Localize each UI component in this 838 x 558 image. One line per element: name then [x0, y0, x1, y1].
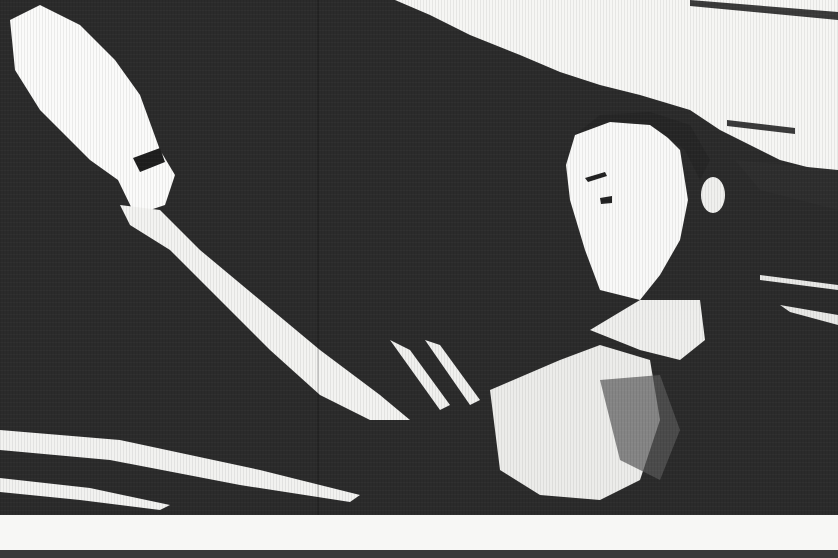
paper-margin — [0, 515, 838, 550]
photo-artwork — [0, 0, 838, 515]
newspaper-photograph — [0, 0, 838, 515]
ear — [701, 177, 725, 213]
bottom-rule-line — [0, 550, 838, 558]
